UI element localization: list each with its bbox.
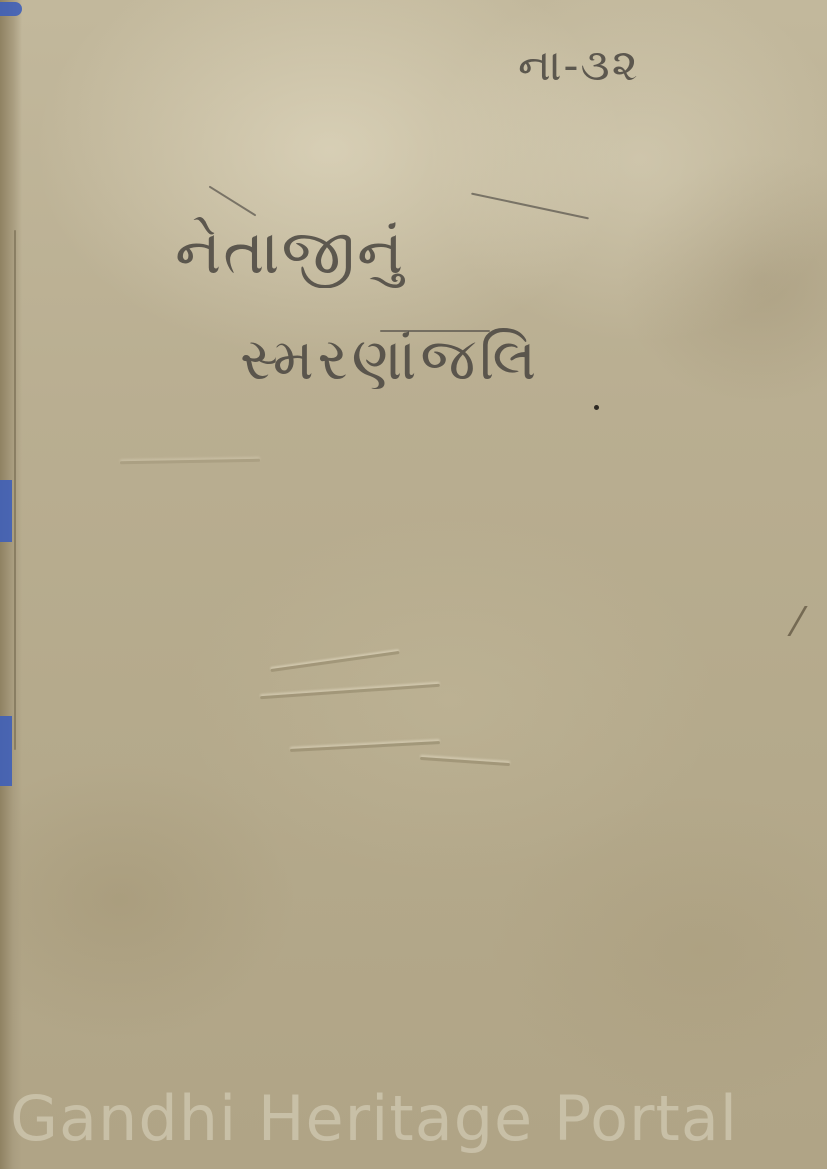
paper-crease (120, 459, 260, 464)
handwriting-stroke (209, 186, 257, 217)
title-line-1: નેતાજીનું (175, 215, 405, 289)
paper-crease (420, 757, 510, 766)
paper-crease (260, 684, 440, 700)
title-line-2: સ્મરણાંજલિ (240, 325, 540, 394)
watermark: Gandhi Heritage Portal (10, 1082, 820, 1155)
paper-tear (787, 606, 827, 636)
blue-binding-tape-top (0, 2, 22, 16)
paper-crease (270, 651, 399, 672)
blue-binding-tape-middle (0, 480, 12, 542)
blue-binding-tape-lower (0, 716, 12, 786)
scanned-cover-page: ના-૩૨ નેતાજીનું સ્મરણાંજલિ Gandhi Herita… (0, 0, 827, 1169)
reference-number: ના-૩૨ (518, 40, 640, 91)
handwriting-stroke (471, 193, 589, 220)
spine-crease (14, 230, 16, 750)
ink-dot (594, 405, 599, 410)
binding-spine (0, 0, 22, 1169)
paper-crease (290, 741, 440, 752)
